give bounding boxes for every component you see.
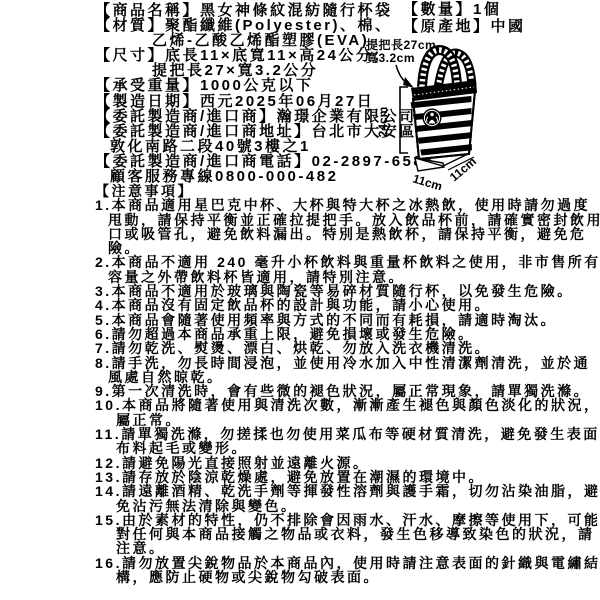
notice-item-8: 8.請手洗，勿長時間浸泡，並使用冷水加入中性清潔劑清洗，並於通風處自然晾乾。 xyxy=(95,356,600,385)
notice-item-10: 10.本商品將隨著使用與清洗次數，漸漸產生褪色與顏色淡化的狀況，屬正常。 xyxy=(95,398,600,427)
notice-item-4: 4.本商品沒有固定飲品杯的設計與功能，請小心使用。 xyxy=(95,298,600,312)
maker-address-line-1: 【委託製造商/進口商地址】台北市大安區 xyxy=(95,124,435,139)
notice-item-16: 16.請勿放置尖銳物品於本商品內，使用時請注意表面的針織與電繡結構，應防止硬物或… xyxy=(95,556,600,585)
service-hotline-line: 顧客服務專線0800-000-482 xyxy=(110,169,435,184)
bag-handle-rear xyxy=(438,53,472,88)
origin-line: 【原產地】中國 xyxy=(403,19,526,36)
base-width-label: 11cm xyxy=(447,154,479,184)
material-line-1: 【材質】聚酯纖維(Polyester)、棉、 xyxy=(95,18,435,33)
notice-item-2: 2.本商品不適用 240 毫升小杯飲料與重量杯飲料之使用，非市售所有容量之外帶飲… xyxy=(95,255,600,284)
maker-line: 【委託製造商/進口商】瀚璟企業有限公司 xyxy=(95,109,435,124)
notice-item-14: 14.請遠離酒精、乾洗手劑等揮發性溶劑與護手霜，切勿沾染油脂，避免沾污無法清除與… xyxy=(95,484,600,513)
notice-item-13: 13.請存放於陰涼乾燥處，避免放置在潮濕的環境中。 xyxy=(95,470,600,484)
notice-item-1: 1.本商品適用星巴克中杯、大杯與特大杯之冰熱飲，使用時請勿過度甩動，請保持平衡並… xyxy=(95,198,600,255)
notice-item-7: 7.請勿乾洗、熨燙、漂白、烘乾、勿放入洗衣機清洗。 xyxy=(95,341,600,355)
notice-item-3: 3.本商品不適用於玻璃與陶瓷等易碎材質隨行杯，以免發生危險。 xyxy=(95,284,600,298)
notice-item-11: 11.請單獨洗滌，勿搓揉也勿使用菜瓜布等硬材質清洗，避免發生表面布料起毛或變形。 xyxy=(95,427,600,456)
notice-item-12: 12.請避免陽光直接照射並遠離火源。 xyxy=(95,456,600,470)
maker-address-line-2: 敦化南路二段40號3樓之1 xyxy=(110,139,435,154)
quantity-line: 【數量】1個 xyxy=(403,2,526,19)
notice-heading: 【注意事項】 xyxy=(95,184,600,198)
notice-section: 【注意事項】 1.本商品適用星巴克中杯、大杯與特大杯之冰熱飲，使用時請勿過度甩動… xyxy=(95,184,600,584)
notice-item-9: 9.第一次清洗時，會有些微的褪色狀況，屬正常現象，請單獨洗滌。 xyxy=(95,384,600,398)
quantity-origin-block: 【數量】1個 【原產地】中國 xyxy=(403,2,526,35)
product-name-line: 【商品名稱】黑女神條紋混紡隨行杯袋 xyxy=(95,3,435,18)
capacity-line: 【承受重量】1000公克以下 xyxy=(95,78,435,93)
notice-item-15: 15.由於素材的特性，仍不排除會因雨水、汗水、摩擦等使用下，可能對任何與本商品接… xyxy=(95,513,600,556)
notice-item-5: 5.本商品會隨著使用頻率與方式的不同而有耗損，請適時淘汰。 xyxy=(95,313,600,327)
notice-item-6: 6.請勿超過本商品承重上限，避免損壞或發生危險。 xyxy=(95,327,600,341)
manufacture-date-line: 【製造日期】西元2025年06月27日 xyxy=(95,94,435,109)
product-info-block: 【商品名稱】黑女神條紋混紡隨行杯袋 【材質】聚酯纖維(Polyester)、棉、… xyxy=(95,3,435,184)
maker-phone-line: 【委託製造商/進口商電話】02-2897-6585 xyxy=(95,154,435,169)
